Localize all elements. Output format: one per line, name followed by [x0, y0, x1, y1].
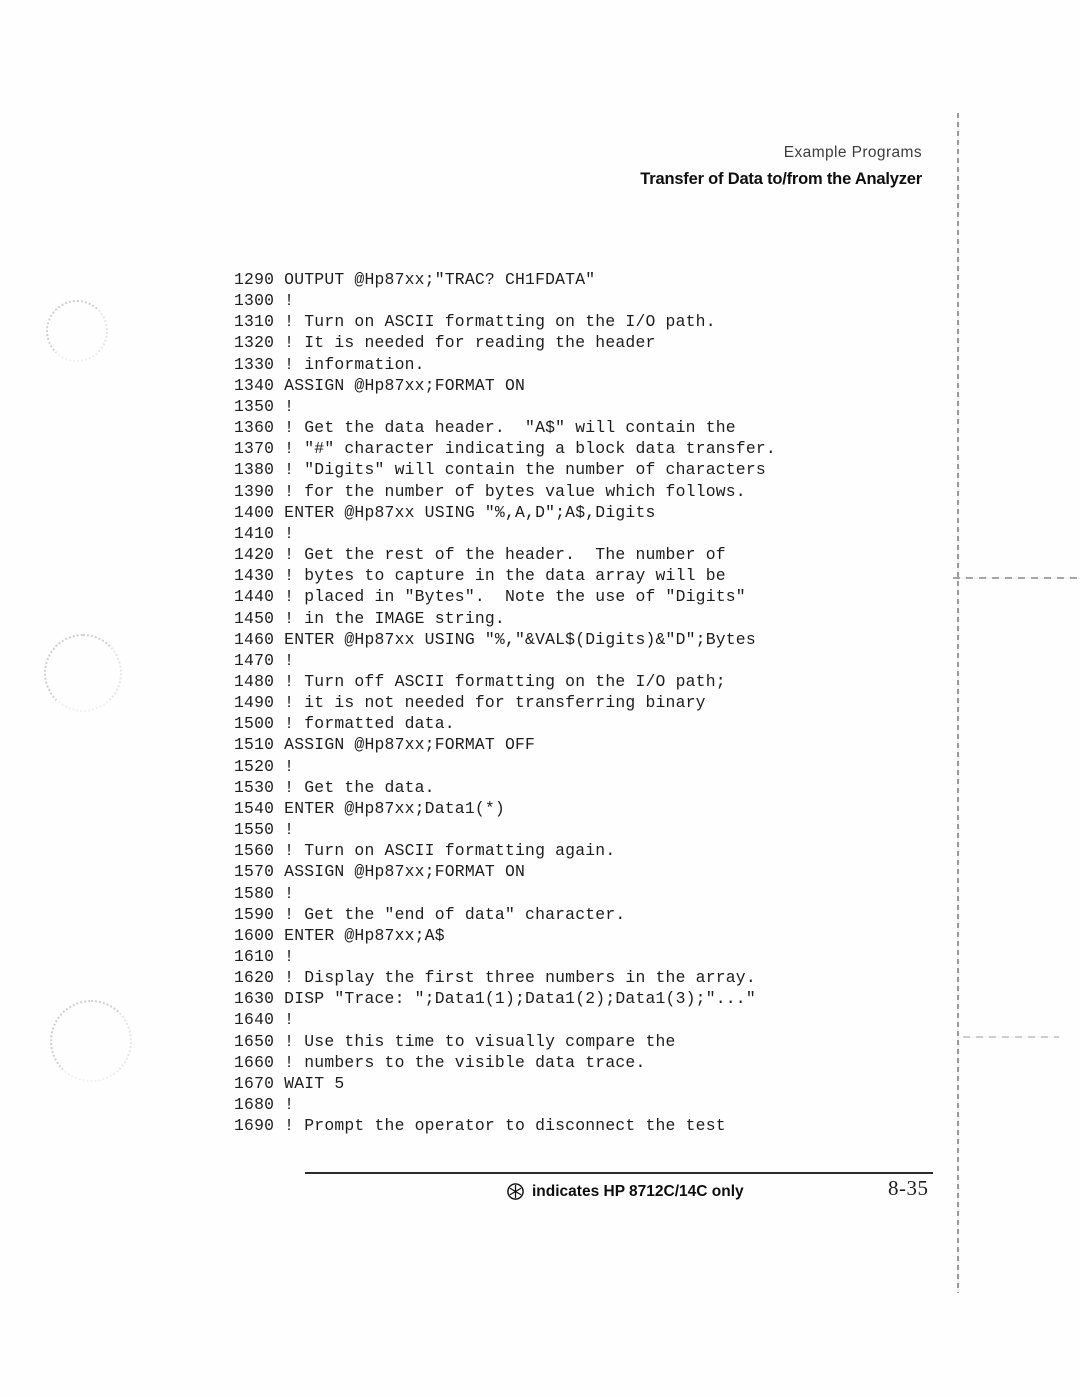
scan-artifact-horizontal-dashes-lower — [963, 1036, 1059, 1038]
section-title: Transfer of Data to/from the Analyzer — [640, 170, 922, 189]
scan-artifact-vertical-dotted-line — [957, 113, 959, 1293]
scan-artifact-ring-3 — [50, 1000, 132, 1082]
manual-page: Example Programs Transfer of Data to/fro… — [0, 0, 1080, 1397]
scan-artifact-ring-2 — [44, 634, 122, 712]
scan-artifact-horizontal-dashes-upper — [953, 577, 1080, 579]
footer-note: indicates HP 8712C/14C only — [506, 1182, 744, 1201]
page-header: Example Programs Transfer of Data to/fro… — [640, 144, 922, 189]
chapter-title: Example Programs — [640, 144, 922, 162]
footer-note-text: indicates HP 8712C/14C only — [532, 1183, 744, 1201]
page-number: 8-35 — [888, 1176, 929, 1201]
footer-rule — [305, 1172, 933, 1174]
program-listing: 1290 OUTPUT @Hp87xx;"TRAC? CH1FDATA" 130… — [234, 269, 776, 1136]
circled-asterisk-icon — [506, 1182, 525, 1201]
scan-artifact-ring-1 — [46, 300, 108, 362]
